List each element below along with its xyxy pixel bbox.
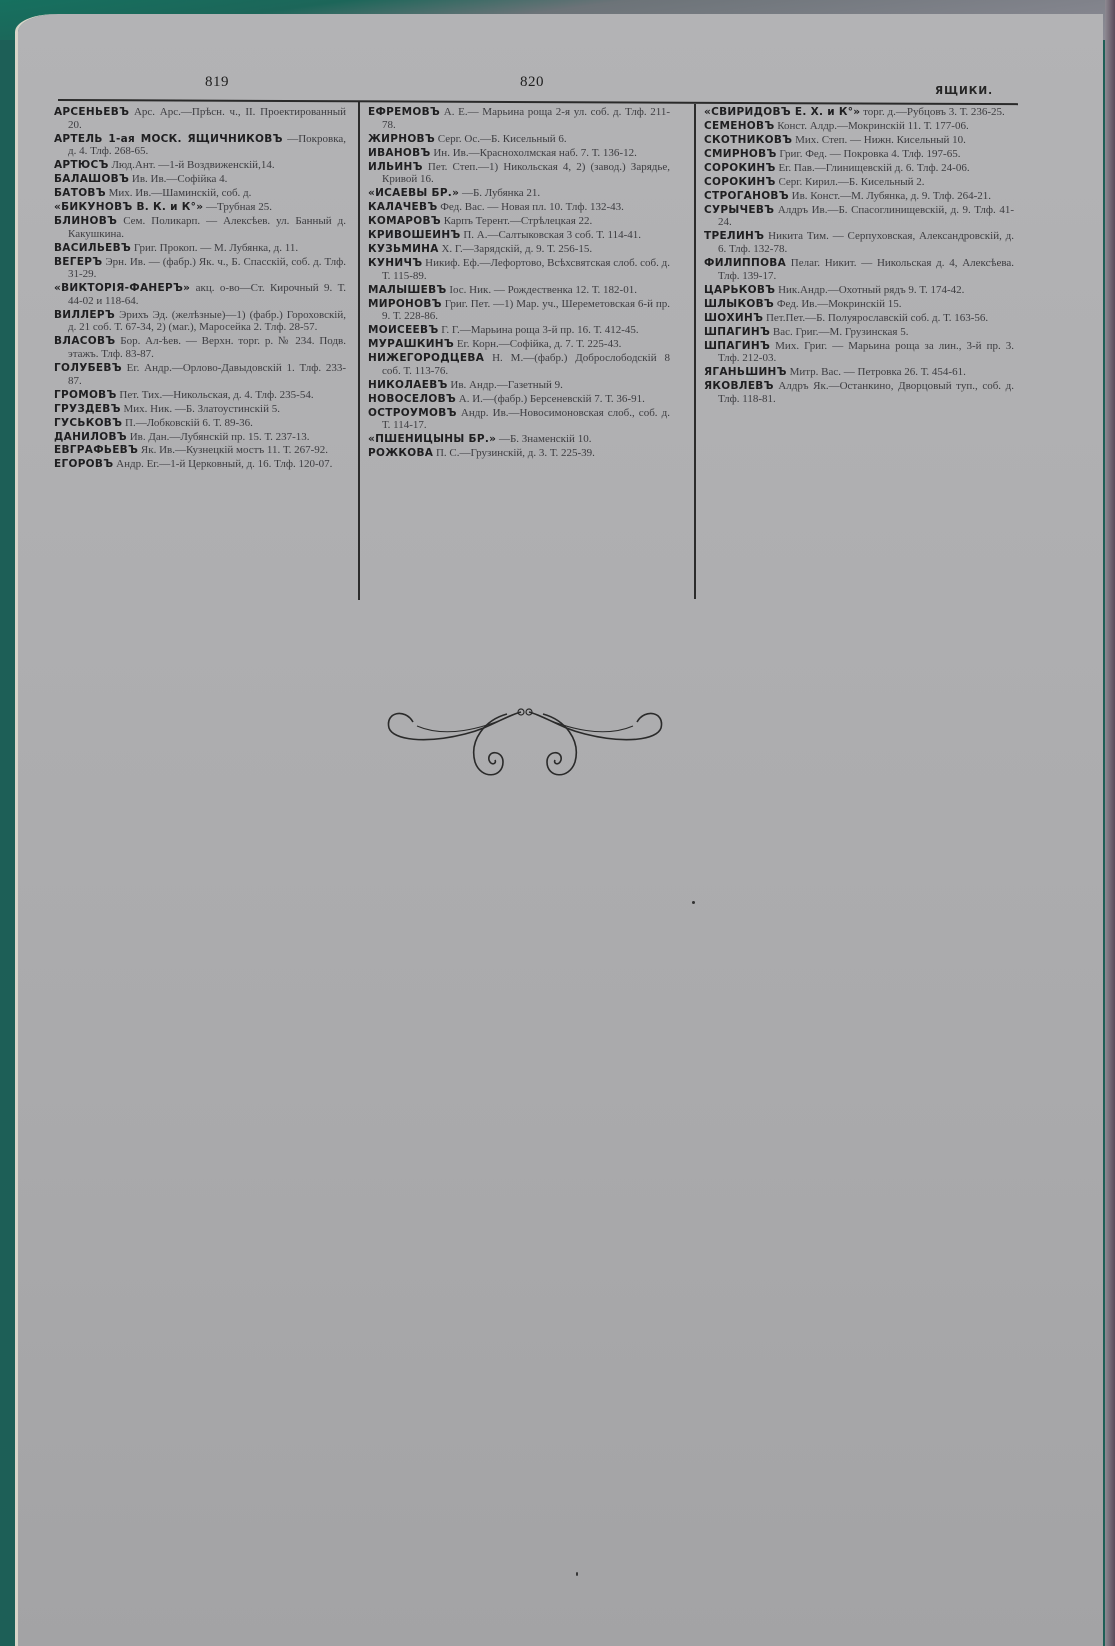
directory-entry: АРТЕЛЬ 1-ая МОСК. ЯЩИЧНИКОВЪ —Покровка, … — [54, 133, 346, 158]
directory-entry: СКОТНИКОВЪ Мих. Степ. — Нижн. Кисельный … — [704, 134, 1014, 147]
directory-entry: ВЕГЕРЪ Эрн. Ив. — (фабр.) Як. ч., Б. Спа… — [54, 256, 346, 281]
entry-details: Іос. Ник. — Рождественка 12. Т. 182-01. — [449, 284, 637, 296]
directory-entry: СОРОКИНЪ Серг. Кирил.—Б. Кисельный 2. — [704, 176, 1014, 189]
directory-entry: ОСТРОУМОВЪ Андр. Ив.—Новосимоновская сло… — [368, 407, 670, 432]
entry-name: «СВИРИДОВЪ Е. Х. и К°» — [704, 106, 860, 118]
entry-name: ЕВГРАФЬЕВЪ — [54, 444, 138, 456]
entry-name: ЕГОРОВЪ — [54, 458, 113, 470]
directory-entry: МАЛЫШЕВЪ Іос. Ник. — Рождественка 12. Т.… — [368, 284, 670, 297]
entry-name: СТРОГАНОВЪ — [704, 190, 789, 202]
entry-name: ДАНИЛОВЪ — [54, 431, 127, 443]
scroll-flourish-ornament-icon — [385, 700, 665, 790]
directory-entry: ЕВГРАФЬЕВЪ Як. Ив.—Кузнецкій мостъ 11. Т… — [54, 444, 346, 457]
directory-entry: НОВОСЕЛОВЪ А. И.—(фабр.) Берсеневскій 7.… — [368, 393, 670, 406]
entry-details: Ин. Ив.—Краснохолмская наб. 7. Т. 136-12… — [433, 147, 636, 159]
entry-name: БАЛАШОВЪ — [54, 173, 129, 185]
directory-entry: ГРУЗДЕВЪ Мих. Ник. —Б. Златоустинскій 5. — [54, 403, 346, 416]
entry-details: Никиф. Еф.—Лефортово, Всѣхсвятская слоб.… — [382, 257, 670, 282]
entry-details: Мих. Ив.—Шаминскій, соб. д. — [109, 187, 252, 199]
entry-name: КУЗЬМИНА — [368, 243, 439, 255]
entry-name: БАТОВЪ — [54, 187, 106, 199]
entry-name: «ВИКТОРІЯ-ФАНЕРЪ» — [54, 282, 190, 294]
entry-name: СОРОКИНЪ — [704, 162, 776, 174]
directory-entry: ЕФРЕМОВЪ А. Е.— Марьина роща 2-я ул. соб… — [368, 106, 670, 131]
paper-speck — [692, 901, 695, 904]
entry-name: ВЛАСОВЪ — [54, 335, 115, 347]
directory-entry: ИВАНОВЪ Ин. Ив.—Краснохолмская наб. 7. Т… — [368, 147, 670, 160]
entry-details: —Б. Лубянка 21. — [462, 187, 540, 199]
entry-name: ЯГАНЬШИНЪ — [704, 366, 787, 378]
entry-details: —Трубная 25. — [206, 201, 272, 213]
directory-entry: ВАСИЛЬЕВЪ Григ. Прокоп. — М. Лубянка, д.… — [54, 242, 346, 255]
entry-details: Фед. Вас. — Новая пл. 10. Тлф. 132-43. — [440, 201, 624, 213]
entry-details: Ник.Андр.—Охотный рядъ 9. Т. 174-42. — [778, 284, 964, 296]
entry-details: Серг. Ос.—Б. Кисельный 6. — [438, 133, 567, 145]
entry-name: ШПАГИНЪ — [704, 340, 770, 352]
entry-name: АРСЕНЬЕВЪ — [54, 106, 129, 118]
running-head: ЯЩИКИ. — [935, 85, 993, 97]
directory-entry: АРТЮСЪ Люд.Ант. —1-й Воздвиженскій,14. — [54, 159, 346, 172]
entry-name: СУРЫЧЕВЪ — [704, 204, 774, 216]
directory-entry: ШОХИНЪ Пет.Пет.—Б. Полуярославскій соб. … — [704, 312, 1014, 325]
directory-column-1: АРСЕНЬЕВЪ Арс. Арс.—Прѣсн. ч., II. Проек… — [54, 106, 346, 472]
entry-name: ЖИРНОВЪ — [368, 133, 435, 145]
directory-entry: «СВИРИДОВЪ Е. Х. и К°» торг. д.—Рубцовъ … — [704, 106, 1014, 119]
entry-name: НОВОСЕЛОВЪ — [368, 393, 456, 405]
entry-name: ВАСИЛЬЕВЪ — [54, 242, 131, 254]
directory-entry: НИКОЛАЕВЪ Ив. Андр.—Газетный 9. — [368, 379, 670, 392]
entry-name: ШЛЫКОВЪ — [704, 298, 774, 310]
entry-name: КАЛАЧЕВЪ — [368, 201, 437, 213]
entry-name: БЛИНОВЪ — [54, 215, 117, 227]
column-divider — [358, 102, 360, 600]
page-number-center: 820 — [520, 74, 544, 91]
entry-name: МОИСЕЕВЪ — [368, 324, 438, 336]
directory-entry: МУРАШКИНЪ Ег. Корн.—Софійка, д. 7. Т. 22… — [368, 338, 670, 351]
entry-details: Эрн. Ив. — (фабр.) Як. ч., Б. Спасскій, … — [68, 256, 346, 281]
directory-entry: КАЛАЧЕВЪ Фед. Вас. — Новая пл. 10. Тлф. … — [368, 201, 670, 214]
directory-entry: БАТОВЪ Мих. Ив.—Шаминскій, соб. д. — [54, 187, 346, 200]
entry-details: Мих. Степ. — Нижн. Кисельный 10. — [795, 134, 966, 146]
entry-details: А. И.—(фабр.) Берсеневскій 7. Т. 36-91. — [459, 393, 645, 405]
directory-entry: ШПАГИНЪ Вас. Григ.—М. Грузинская 5. — [704, 326, 1014, 339]
entry-details: Андр. Ег.—1-й Церковный, д. 16. Тлф. 120… — [116, 458, 332, 470]
entry-details: Григ. Прокоп. — М. Лубянка, д. 11. — [134, 242, 298, 254]
entry-name: СМИРНОВЪ — [704, 148, 777, 160]
directory-entry: КУЗЬМИНА Х. Г.—Зарядскій, д. 9. Т. 256-1… — [368, 243, 670, 256]
entry-name: РОЖКОВА — [368, 447, 433, 459]
entry-details: Фед. Ив.—Мокринскій 15. — [777, 298, 902, 310]
entry-details: Х. Г.—Зарядскій, д. 9. Т. 256-15. — [441, 243, 592, 255]
directory-entry: ЯГАНЬШИНЪ Митр. Вас. — Петровка 26. Т. 4… — [704, 366, 1014, 379]
directory-entry: БЛИНОВЪ Сем. Поликарп. — Алексѣев. ул. Б… — [54, 215, 346, 240]
entry-name: ГРОМОВЪ — [54, 389, 117, 401]
entry-details: —Б. Знаменскій 10. — [499, 433, 592, 445]
directory-entry: СМИРНОВЪ Григ. Фед. — Покровка 4. Тлф. 1… — [704, 148, 1014, 161]
entry-details: Карпъ Терент.—Стрѣлецкая 22. — [444, 215, 593, 227]
entry-name: ЕФРЕМОВЪ — [368, 106, 440, 118]
entry-details: Люд.Ант. —1-й Воздвиженскій,14. — [111, 159, 274, 171]
entry-details: Серг. Кирил.—Б. Кисельный 2. — [778, 176, 924, 188]
directory-entry: ЯКОВЛЕВЪ Алдръ Як.—Останкино, Дворцовый … — [704, 380, 1014, 405]
paper-speck — [576, 1572, 578, 1576]
entry-details: Пет. Степ.—1) Никольская 4, 2) (завод.) … — [382, 161, 670, 186]
entry-details: Вас. Григ.—М. Грузинская 5. — [773, 326, 909, 338]
entry-name: МУРАШКИНЪ — [368, 338, 454, 350]
entry-name: МИРОНОВЪ — [368, 298, 442, 310]
entry-name: СОРОКИНЪ — [704, 176, 776, 188]
entry-name: ВИЛЛЕРЪ — [54, 309, 115, 321]
entry-details: торг. д.—Рубцовъ 3. Т. 236-25. — [863, 106, 1005, 118]
directory-entry: ВЛАСОВЪ Бор. Ал-ѣев. — Верхн. торг. р. №… — [54, 335, 346, 360]
directory-entry: ДАНИЛОВЪ Ив. Дан.—Лубянскій пр. 15. Т. 2… — [54, 431, 346, 444]
directory-entry: ФИЛИППОВА Пелаг. Никит. — Никольская д. … — [704, 257, 1014, 282]
entry-name: ЦАРЬКОВЪ — [704, 284, 775, 296]
entry-details: П.—Лобковскій 6. Т. 89-36. — [125, 417, 253, 429]
entry-details: Конст. Алдр.—Мокринскій 11. Т. 177-06. — [777, 120, 969, 132]
entry-name: КУНИЧЪ — [368, 257, 422, 269]
directory-entry: КУНИЧЪ Никиф. Еф.—Лефортово, Всѣхсвятска… — [368, 257, 670, 282]
entry-details: Мих. Ник. —Б. Златоустинскій 5. — [123, 403, 280, 415]
page-number-left: 819 — [205, 74, 229, 91]
entry-details: Пет. Тих.—Никольская, д. 4. Тлф. 235-54. — [119, 389, 313, 401]
directory-entry: ИЛЬИНЪ Пет. Степ.—1) Никольская 4, 2) (з… — [368, 161, 670, 186]
directory-entry: ВИЛЛЕРЪ Эрихъ Эд. (желѣзные)—1) (фабр.) … — [54, 309, 346, 334]
entry-name: АРТЕЛЬ 1-ая МОСК. ЯЩИЧНИКОВЪ — [54, 133, 283, 145]
entry-details: Ив. Конст.—М. Лубянка, д. 9. Тлф. 264-21… — [792, 190, 991, 202]
entry-name: НИКОЛАЕВЪ — [368, 379, 448, 391]
entry-name: СЕМЕНОВЪ — [704, 120, 774, 132]
directory-entry: КОМАРОВЪ Карпъ Терент.—Стрѣлецкая 22. — [368, 215, 670, 228]
entry-name: ГУСЬКОВЪ — [54, 417, 122, 429]
directory-entry: СОРОКИНЪ Ег. Пав.—Глинищевскій д. 6. Тлф… — [704, 162, 1014, 175]
entry-details: Пет.Пет.—Б. Полуярославскій соб. д. Т. 1… — [766, 312, 988, 324]
entry-details: Григ. Фед. — Покровка 4. Тлф. 197-65. — [779, 148, 960, 160]
entry-name: ШПАГИНЪ — [704, 326, 770, 338]
entry-details: П. А.—Салтыковская 3 соб. Т. 114-41. — [463, 229, 641, 241]
entry-details: Ег. Пав.—Глинищевскій д. 6. Тлф. 24-06. — [778, 162, 969, 174]
entry-name: ОСТРОУМОВЪ — [368, 407, 457, 419]
entry-name: КОМАРОВЪ — [368, 215, 441, 227]
entry-name: ГОЛУБЕВЪ — [54, 362, 122, 374]
entry-name: «ПШЕНИЦЫНЫ БР.» — [368, 433, 496, 445]
directory-entry: ГОЛУБЕВЪ Ег. Андр.—Орлово-Давыдовскій 1.… — [54, 362, 346, 387]
book-spine-edge — [1105, 0, 1115, 1646]
entry-name: СКОТНИКОВЪ — [704, 134, 792, 146]
entry-details: П. С.—Грузинскій, д. 3. Т. 225-39. — [436, 447, 595, 459]
directory-entry: КРИВОШЕИНЪ П. А.—Салтыковская 3 соб. Т. … — [368, 229, 670, 242]
entry-name: ГРУЗДЕВЪ — [54, 403, 121, 415]
directory-entry: «ИСАЕВЫ БР.» —Б. Лубянка 21. — [368, 187, 670, 200]
directory-entry: «ПШЕНИЦЫНЫ БР.» —Б. Знаменскій 10. — [368, 433, 670, 446]
directory-entry: «БИКУНОВЪ В. К. и К°» —Трубная 25. — [54, 201, 346, 214]
entry-name: ИВАНОВЪ — [368, 147, 431, 159]
entry-name: ВЕГЕРЪ — [54, 256, 102, 268]
directory-entry: ГРОМОВЪ Пет. Тих.—Никольская, д. 4. Тлф.… — [54, 389, 346, 402]
directory-entry: ТРЕЛИНЪ Никита Тим. — Серпуховская, Алек… — [704, 230, 1014, 255]
directory-entry: ГУСЬКОВЪ П.—Лобковскій 6. Т. 89-36. — [54, 417, 346, 430]
entry-details: Митр. Вас. — Петровка 26. Т. 454-61. — [790, 366, 966, 378]
column-divider — [694, 104, 696, 599]
entry-name: КРИВОШЕИНЪ — [368, 229, 461, 241]
entry-details: Ив. Дан.—Лубянскій пр. 15. Т. 237-13. — [130, 431, 310, 443]
directory-column-2: ЕФРЕМОВЪ А. Е.— Марьина роща 2-я ул. соб… — [368, 106, 670, 461]
directory-entry: НИЖЕГОРОДЦЕВА Н. М.—(фабр.) Доброслободс… — [368, 352, 670, 377]
directory-entry: ЦАРЬКОВЪ Ник.Андр.—Охотный рядъ 9. Т. 17… — [704, 284, 1014, 297]
entry-details: Г. Г.—Марьина роща 3-й пр. 16. Т. 412-45… — [441, 324, 638, 336]
directory-entry: СЕМЕНОВЪ Конст. Алдр.—Мокринскій 11. Т. … — [704, 120, 1014, 133]
entry-name: НИЖЕГОРОДЦЕВА — [368, 352, 484, 364]
entry-name: «БИКУНОВЪ В. К. и К°» — [54, 201, 203, 213]
directory-entry: СУРЫЧЕВЪ Алдръ Ив.—Б. Спасоглинищевскій,… — [704, 204, 1014, 229]
directory-entry: АРСЕНЬЕВЪ Арс. Арс.—Прѣсн. ч., II. Проек… — [54, 106, 346, 131]
entry-name: ЯКОВЛЕВЪ — [704, 380, 774, 392]
directory-column-3: «СВИРИДОВЪ Е. Х. и К°» торг. д.—Рубцовъ … — [704, 106, 1014, 407]
directory-entry: МИРОНОВЪ Григ. Пет. —1) Мар. уч., Шереме… — [368, 298, 670, 323]
directory-entry: БАЛАШОВЪ Ив. Ив.—Софійка 4. — [54, 173, 346, 186]
directory-entry: ШПАГИНЪ Мих. Григ. — Марьина роща за лин… — [704, 340, 1014, 365]
entry-details: Ег. Корн.—Софійка, д. 7. Т. 225-43. — [457, 338, 622, 350]
entry-name: ИЛЬИНЪ — [368, 161, 423, 173]
entry-name: МАЛЫШЕВЪ — [368, 284, 447, 296]
entry-name: «ИСАЕВЫ БР.» — [368, 187, 459, 199]
entry-name: ШОХИНЪ — [704, 312, 763, 324]
directory-entry: ЕГОРОВЪ Андр. Ег.—1-й Церковный, д. 16. … — [54, 458, 346, 471]
directory-entry: МОИСЕЕВЪ Г. Г.—Марьина роща 3-й пр. 16. … — [368, 324, 670, 337]
entry-details: Ив. Ив.—Софійка 4. — [132, 173, 228, 185]
entry-name: АРТЮСЪ — [54, 159, 109, 171]
entry-details: Ив. Андр.—Газетный 9. — [450, 379, 562, 391]
entry-name: ФИЛИППОВА — [704, 257, 786, 269]
directory-entry: ШЛЫКОВЪ Фед. Ив.—Мокринскій 15. — [704, 298, 1014, 311]
entry-details: Як. Ив.—Кузнецкій мостъ 11. Т. 267-92. — [141, 444, 328, 456]
directory-entry: «ВИКТОРІЯ-ФАНЕРЪ» акц. о-во—Ст. Кирочный… — [54, 282, 346, 307]
entry-name: ТРЕЛИНЪ — [704, 230, 764, 242]
directory-entry: ЖИРНОВЪ Серг. Ос.—Б. Кисельный 6. — [368, 133, 670, 146]
directory-entry: СТРОГАНОВЪ Ив. Конст.—М. Лубянка, д. 9. … — [704, 190, 1014, 203]
directory-entry: РОЖКОВА П. С.—Грузинскій, д. 3. Т. 225-3… — [368, 447, 670, 460]
